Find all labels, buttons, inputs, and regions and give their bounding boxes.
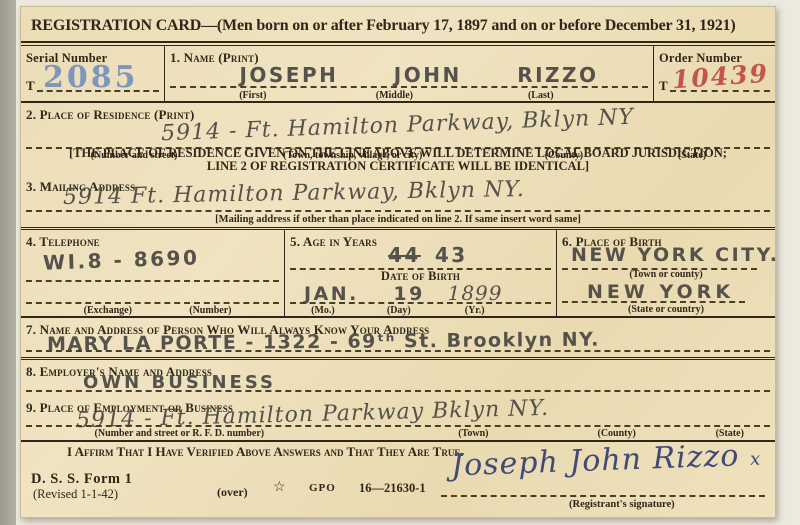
dob-sub-day: (Day) [387,305,411,316]
form-revision: (Revised 1-1-42) [33,487,118,502]
age-values: 4443 [388,243,468,267]
birth-state-sublabel: (State or country) [557,304,775,315]
signature-sublabel: (Registrant's signature) [569,499,675,510]
employer-write-line [26,390,770,392]
mailing-section: 3. Mailing Address 5914 Ft. Hamilton Par… [21,175,775,230]
top-row: Serial Number 2085 T 1. Name (Print) JOS… [21,45,775,103]
name-sub-first: (First) [239,90,266,101]
employer-section: 8. Employer's Name and Address OWN BUSIN… [21,360,775,396]
name-write-line [170,86,648,88]
name-sub-middle: (Middle) [376,90,413,101]
form-number: D. S. S. Form 1 [31,471,132,488]
contact-write-line [26,350,770,352]
signature-mark: x [750,448,762,469]
telephone-section: 4. Telephone WI.8 - 8690 (Exchange) (Num… [21,230,284,316]
scan-edge [0,0,16,525]
age-label: 5. Age in Years [290,234,377,249]
birth-section: 6. Place of Birth NEW YORK CITY. (Town o… [557,230,775,316]
order-write-line [670,90,770,92]
age-crossed-value: 44 [388,243,421,267]
employment-sub-town: (Town) [458,428,488,439]
telephone-sub-exchange: (Exchange) [84,305,132,316]
mailing-write-line [26,210,770,212]
registration-card: REGISTRATION CARD—(Men born on or after … [20,6,776,518]
birth-city-sublabel: (Town or county) [557,269,775,280]
dob-sub-year: (Yr.) [465,305,485,316]
telephone-write-line [26,280,279,282]
serial-number-section: Serial Number 2085 T [21,46,164,101]
card-title: REGISTRATION CARD—(Men born on or after … [31,17,769,35]
birth-state-write-line [562,301,745,303]
birth-city-value: NEW YORK CITY. [571,244,779,266]
mailing-note: [Mailing address if other than place ind… [21,214,775,225]
residence-label: 2. Place of Residence (Print) [26,107,195,122]
age-value: 43 [435,243,468,267]
signature-write-line [441,495,765,497]
star-icon: ☆ [273,479,286,496]
dob-label: Date of Birth [285,269,556,284]
over-note: (over) [217,485,248,500]
telephone-write-line-2 [26,302,279,304]
residence-section: 2. Place of Residence (Print) 5914 - Ft.… [21,103,775,175]
order-number-section: Order Number 10439 T [654,46,775,101]
age-section: 5. Age in Years 4443 Date of Birth JAN. … [284,230,557,316]
employment-sub-state: (State) [716,428,744,439]
employment-write-line [26,425,770,427]
serial-write-line [37,90,159,92]
dob-write-line [290,302,551,304]
order-number-value: 10439 [671,58,770,94]
name-section: 1. Name (Print) JOSEPH JOHN RIZZO (First… [164,46,654,101]
dob-sub-month: (Mo.) [311,305,335,316]
order-prefix: T [659,78,668,94]
card-footer: D. S. S. Form 1 (Revised 1-1-42) (over) … [21,459,775,519]
name-sub-last: (Last) [528,90,554,101]
middle-row: 4. Telephone WI.8 - 8690 (Exchange) (Num… [21,230,775,318]
employment-section: 9. Place of Employment or Business 5914 … [21,396,775,442]
telephone-sub-number: (Number) [189,305,231,316]
name-value: JOSEPH JOHN RIZZO [195,63,643,87]
residence-value: 5914 - Ft. Hamilton Parkway, Bklyn NY [161,104,635,145]
gpo-label: GPO [309,482,336,494]
serial-prefix: T [26,78,35,94]
local-board-notice: [THE PLACE OF RESIDENCE GIVEN ON THE LIN… [21,147,775,174]
birth-state-value: NEW YORK [587,281,734,303]
employment-sub-county: (County) [597,428,635,439]
contact-section: 7. Name and Address of Person Who Will A… [21,318,775,360]
card-header: REGISTRATION CARD—(Men born on or after … [21,7,775,43]
telephone-label: 4. Telephone [26,234,100,249]
telephone-value: WI.8 - 8690 [43,245,200,274]
employment-sub-street: (Number and street or R. F. D. number) [95,428,265,439]
gpo-print-code: 16—21630-1 [359,481,426,496]
